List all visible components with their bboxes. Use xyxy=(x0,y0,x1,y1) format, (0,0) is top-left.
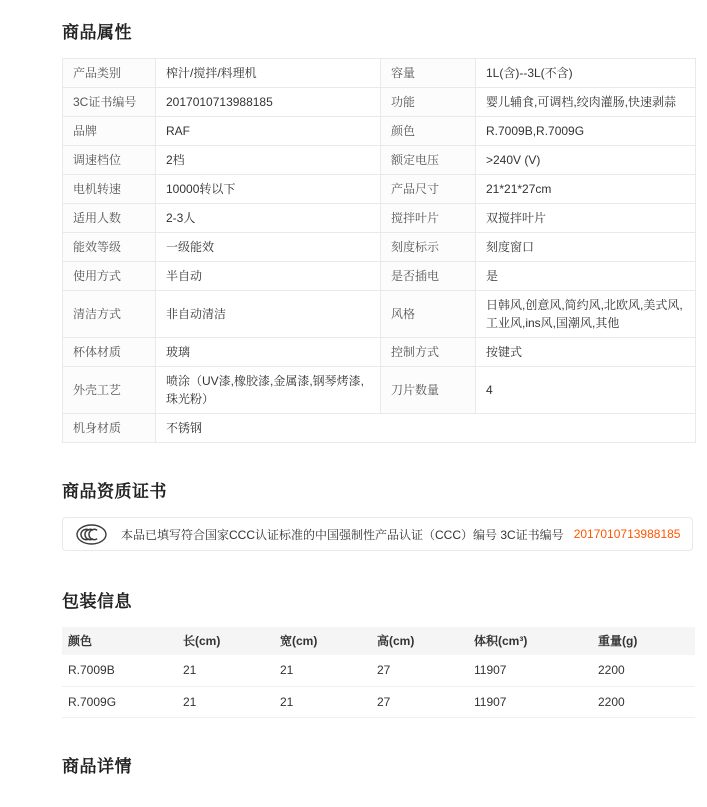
attr-value: R.7009B,R.7009G xyxy=(476,117,696,146)
attr-label: 3C证书编号 xyxy=(63,88,156,117)
packaging-table: 颜色 长(cm) 宽(cm) 高(cm) 体积(cm³) 重量(g) R.700… xyxy=(62,627,695,718)
attr-label: 产品类别 xyxy=(63,59,156,88)
packaging-cell: 21 xyxy=(177,686,274,717)
packaging-header-volume: 体积(cm³) xyxy=(468,627,592,655)
table-row: 产品类别 榨汁/搅拌/料理机 容量 1L(含)--3L(不含) xyxy=(63,59,696,88)
attr-value: 2档 xyxy=(156,146,381,175)
packaging-header-length: 长(cm) xyxy=(177,627,274,655)
attr-label: 适用人数 xyxy=(63,204,156,233)
packaging-header-row: 颜色 长(cm) 宽(cm) 高(cm) 体积(cm³) 重量(g) xyxy=(62,627,695,655)
packaging-header-weight: 重量(g) xyxy=(592,627,695,655)
packaging-header-width: 宽(cm) xyxy=(274,627,371,655)
product-details-section: 商品详情 xyxy=(62,752,695,777)
attr-value: 一级能效 xyxy=(156,233,381,262)
attr-label: 搅拌叶片 xyxy=(381,204,476,233)
attr-value: 刻度窗口 xyxy=(476,233,696,262)
certification-box: 本品已填写符合国家CCC认证标准的中国强制性产品认证（CCC）编号 3C证书编号… xyxy=(62,517,693,551)
packaging-cell: 21 xyxy=(177,655,274,686)
attributes-table: 产品类别 榨汁/搅拌/料理机 容量 1L(含)--3L(不含) 3C证书编号 2… xyxy=(62,58,696,443)
table-row: 使用方式 半自动 是否插电 是 xyxy=(63,262,696,291)
attr-label: 容量 xyxy=(381,59,476,88)
attr-value: 非自动清洁 xyxy=(156,291,381,338)
packaging-cell: R.7009G xyxy=(62,686,177,717)
packaging-cell: 27 xyxy=(371,686,468,717)
packaging-header-color: 颜色 xyxy=(62,627,177,655)
attr-value: >240V (V) xyxy=(476,146,696,175)
attr-value: 4 xyxy=(476,367,696,414)
table-row: 外壳工艺 喷涂（UV漆,橡胶漆,金属漆,钢琴烤漆,珠光粉） 刀片数量 4 xyxy=(63,367,696,414)
attr-value: RAF xyxy=(156,117,381,146)
attr-value: 2-3人 xyxy=(156,204,381,233)
packaging-section-title: 包装信息 xyxy=(62,587,695,612)
attributes-section-title: 商品属性 xyxy=(62,18,695,43)
attr-value: 喷涂（UV漆,橡胶漆,金属漆,钢琴烤漆,珠光粉） xyxy=(156,367,381,414)
attr-value: 10000转以下 xyxy=(156,175,381,204)
packaging-cell: R.7009B xyxy=(62,655,177,686)
attr-label: 清洁方式 xyxy=(63,291,156,338)
table-row: 品牌 RAF 颜色 R.7009B,R.7009G xyxy=(63,117,696,146)
attr-value: 不锈钢 xyxy=(156,414,696,443)
packaging-cell: 27 xyxy=(371,655,468,686)
attr-value: 是 xyxy=(476,262,696,291)
attr-value: 婴儿辅食,可调档,绞肉灌肠,快速剥蒜 xyxy=(476,88,696,117)
attr-value: 2017010713988185 xyxy=(156,88,381,117)
table-row: 适用人数 2-3人 搅拌叶片 双搅拌叶片 xyxy=(63,204,696,233)
attr-value: 榨汁/搅拌/料理机 xyxy=(156,59,381,88)
attr-label: 产品尺寸 xyxy=(381,175,476,204)
attr-label: 刀片数量 xyxy=(381,367,476,414)
table-row: 电机转速 10000转以下 产品尺寸 21*21*27cm xyxy=(63,175,696,204)
attr-value: 半自动 xyxy=(156,262,381,291)
attr-label: 使用方式 xyxy=(63,262,156,291)
attr-value: 玻璃 xyxy=(156,338,381,367)
certification-section-title: 商品资质证书 xyxy=(62,477,695,502)
details-section-title: 商品详情 xyxy=(62,752,695,777)
certification-section: 商品资质证书 本品已填写符合国家CCC认证标准的中国强制性产品认证（CCC）编号… xyxy=(62,477,695,551)
packaging-cell: 21 xyxy=(274,686,371,717)
packaging-header-height: 高(cm) xyxy=(371,627,468,655)
attr-label: 颜色 xyxy=(381,117,476,146)
table-row: 调速档位 2档 额定电压 >240V (V) xyxy=(63,146,696,175)
attr-label: 机身材质 xyxy=(63,414,156,443)
packaging-cell: 21 xyxy=(274,655,371,686)
certification-statement: 本品已填写符合国家CCC认证标准的中国强制性产品认证（CCC）编号 3C证书编号 xyxy=(121,526,564,543)
attr-label: 调速档位 xyxy=(63,146,156,175)
attr-label: 额定电压 xyxy=(381,146,476,175)
certification-number-link[interactable]: 2017010713988185 xyxy=(574,527,681,541)
attr-label: 杯体材质 xyxy=(63,338,156,367)
ccc-mark-icon xyxy=(76,524,107,545)
attr-label: 功能 xyxy=(381,88,476,117)
table-row: 清洁方式 非自动清洁 风格 日韩风,创意风,简约风,北欧风,美式风,工业风,in… xyxy=(63,291,696,338)
packaging-section: 包装信息 颜色 长(cm) 宽(cm) 高(cm) 体积(cm³) 重量(g) … xyxy=(62,587,695,718)
product-detail-page: 商品属性 产品类别 榨汁/搅拌/料理机 容量 1L(含)--3L(不含) 3C证… xyxy=(0,0,707,807)
attr-label: 品牌 xyxy=(63,117,156,146)
table-row: 能效等级 一级能效 刻度标示 刻度窗口 xyxy=(63,233,696,262)
attr-label: 是否插电 xyxy=(381,262,476,291)
attr-label: 电机转速 xyxy=(63,175,156,204)
table-row: 3C证书编号 2017010713988185 功能 婴儿辅食,可调档,绞肉灌肠… xyxy=(63,88,696,117)
table-row: R.7009G 21 21 27 11907 2200 xyxy=(62,686,695,717)
packaging-cell: 11907 xyxy=(468,686,592,717)
attr-label: 外壳工艺 xyxy=(63,367,156,414)
packaging-cell: 11907 xyxy=(468,655,592,686)
attr-value: 按键式 xyxy=(476,338,696,367)
attr-label: 风格 xyxy=(381,291,476,338)
product-attributes-section: 商品属性 产品类别 榨汁/搅拌/料理机 容量 1L(含)--3L(不含) 3C证… xyxy=(62,18,695,443)
table-row: 机身材质 不锈钢 xyxy=(63,414,696,443)
attr-value: 日韩风,创意风,简约风,北欧风,美式风,工业风,ins风,国潮风,其他 xyxy=(476,291,696,338)
attr-label: 控制方式 xyxy=(381,338,476,367)
attr-value: 21*21*27cm xyxy=(476,175,696,204)
attr-label: 能效等级 xyxy=(63,233,156,262)
attr-label: 刻度标示 xyxy=(381,233,476,262)
table-row: R.7009B 21 21 27 11907 2200 xyxy=(62,655,695,686)
table-row: 杯体材质 玻璃 控制方式 按键式 xyxy=(63,338,696,367)
attr-value: 1L(含)--3L(不含) xyxy=(476,59,696,88)
packaging-cell: 2200 xyxy=(592,686,695,717)
packaging-cell: 2200 xyxy=(592,655,695,686)
attr-value: 双搅拌叶片 xyxy=(476,204,696,233)
